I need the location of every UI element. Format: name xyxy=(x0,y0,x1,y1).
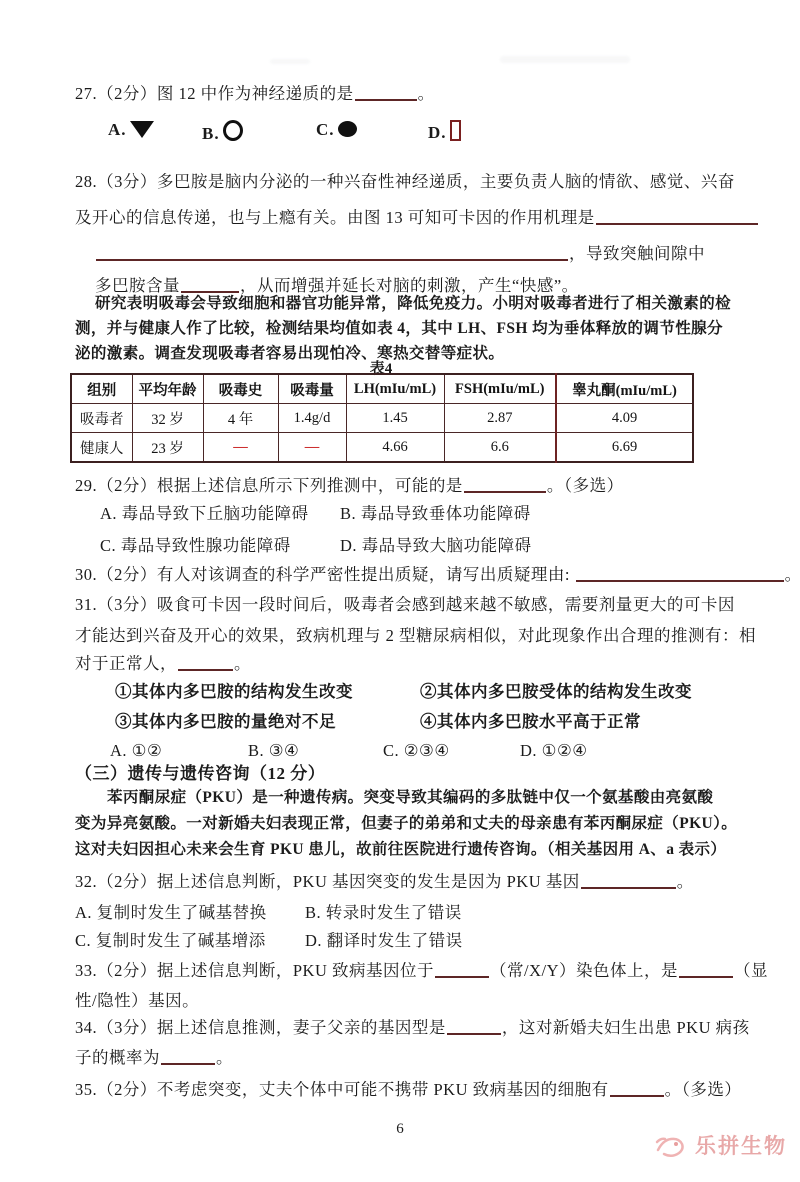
text-run: 27.（2分）图 12 中作为神经递质的是 xyxy=(75,84,354,103)
intro1-line1: 研究表明吸毒会导致细胞和器官功能异常，降低免疫力。小明对吸毒者进行了相关激素的检 xyxy=(95,294,731,314)
table-header-cell: 吸毒量 xyxy=(278,374,346,404)
question-31-line3: 对于正常人，。 xyxy=(75,654,251,674)
circle-filled-icon xyxy=(338,121,357,137)
circle-outline-icon xyxy=(223,120,243,141)
table-cell: 4.09 xyxy=(556,404,693,433)
option-a: A. xyxy=(108,120,154,140)
table4: 组别平均年龄吸毒史吸毒量LH(mIu/mL)FSH(mIu/mL)睾丸酮(mIu… xyxy=(70,373,694,463)
answer-blank xyxy=(96,254,568,261)
q29-option-b: B. 毒品导致垂体功能障碍 xyxy=(340,504,531,524)
table-cell: 6.6 xyxy=(444,433,556,463)
q32-option-a: A. 复制时发生了碱基替换 xyxy=(75,903,267,923)
text-run: 29.（2分）根据上述信息所示下列推测中，可能的是 xyxy=(75,476,463,495)
question-30: 30.（2分）有人对该调查的科学严密性提出质疑，请写出质疑理由: 。 xyxy=(75,565,800,585)
text-run: 。 xyxy=(216,1048,233,1067)
answer-blank xyxy=(576,575,784,582)
answer-blank xyxy=(355,94,417,101)
question-29: 29.（2分）根据上述信息所示下列推测中，可能的是。（多选） xyxy=(75,476,624,496)
q32-option-c: C. 复制时发生了碱基增添 xyxy=(75,931,266,951)
answer-blank xyxy=(581,882,676,889)
q31-answer-d: D. ①②④ xyxy=(520,741,588,761)
text-run: 及开心的信息传递，也与上瘾有关。由图 13 可知可卡因的作用机理是 xyxy=(75,208,595,227)
rect-outline-icon xyxy=(450,120,461,141)
table-cell: 1.45 xyxy=(346,404,444,433)
text-run: ，从而增强并延长对脑的刺激，产生“快感”。 xyxy=(240,276,579,295)
answer-blank xyxy=(596,218,758,225)
question-28-line3: ，导致突触间隙中 xyxy=(95,244,705,264)
q31-item-3: ③其体内多巴胺的量绝对不足 xyxy=(115,712,336,732)
table-header-cell: 睾丸酮(mIu/mL) xyxy=(556,374,693,404)
table-cell: 32 岁 xyxy=(132,404,203,433)
text-run: ，这对新婚夫妇生出患 PKU 病孩 xyxy=(502,1018,750,1037)
question-27: 27.（2分）图 12 中作为神经递质的是。 xyxy=(75,84,435,104)
table-cell: — xyxy=(203,433,278,463)
text-run: 。（多选） xyxy=(547,476,624,495)
answer-blank xyxy=(161,1058,215,1065)
scan-artifact xyxy=(500,56,630,63)
text-run: ，导致突触间隙中 xyxy=(569,244,705,263)
table-row: 吸毒者32 岁4 年1.4g/d1.452.874.09 xyxy=(71,404,693,433)
question-31-line1: 31.（3分）吸食可卡因一段时间后，吸毒者会感到越来越不敏感，需要剂量更大的可卡… xyxy=(75,595,735,615)
table-header-cell: 平均年龄 xyxy=(132,374,203,404)
answer-blank xyxy=(178,664,233,671)
option-b: B. xyxy=(202,120,243,144)
q29-option-d: D. 毒品导致大脑功能障碍 xyxy=(340,536,532,556)
table-header-cell: LH(mIu/mL) xyxy=(346,374,444,404)
triangle-down-icon xyxy=(130,121,154,138)
table-cell: 4.66 xyxy=(346,433,444,463)
answer-blank xyxy=(447,1028,501,1035)
q31-item-4: ④其体内多巴胺水平高于正常 xyxy=(420,712,641,732)
question-28-line2: 及开心的信息传递，也与上瘾有关。由图 13 可知可卡因的作用机理是 xyxy=(75,208,759,228)
question-35: 35.（2分）不考虑突变，丈夫个体中可能不携带 PKU 致病基因的细胞有。（多选… xyxy=(75,1080,741,1100)
text-run: 对于正常人， xyxy=(75,654,177,673)
text-run: 。（多选） xyxy=(665,1080,742,1099)
text-run: 子的概率为 xyxy=(75,1048,160,1067)
question-28-line4: 多巴胺含量，从而增强并延长对脑的刺激，产生“快感”。 xyxy=(95,276,579,296)
watermark-text: 乐拼生物 xyxy=(695,1130,787,1160)
option-c-label: C. xyxy=(316,120,335,139)
table-cell: 6.69 xyxy=(556,433,693,463)
text-run: （显 xyxy=(734,961,768,980)
q29-option-c: C. 毒品导致性腺功能障碍 xyxy=(100,536,291,556)
q31-item-2: ②其体内多巴胺受体的结构发生改变 xyxy=(420,682,692,702)
table-cell: 1.4g/d xyxy=(278,404,346,433)
exam-page: 27.（2分）图 12 中作为神经递质的是。 A. B. C. D. 28.（3… xyxy=(0,0,800,1182)
table-header-cell: FSH(mIu/mL) xyxy=(444,374,556,404)
q31-answer-a: A. ①② xyxy=(110,741,162,761)
table-header-cell: 组别 xyxy=(71,374,132,404)
intro2-line2: 变为异亮氨酸。一对新婚夫妇表现正常，但妻子的弟弟和丈夫的母亲患有苯丙酮尿症（PK… xyxy=(75,814,737,834)
table-row: 健康人23 岁——4.666.66.69 xyxy=(71,433,693,463)
intro2-line1: 苯丙酮尿症（PKU）是一种遗传病。突变导致其编码的多肽链中仅一个氨基酸由亮氨酸 xyxy=(107,788,713,808)
table-cell: 吸毒者 xyxy=(71,404,132,433)
watermark: 乐拼生物 xyxy=(655,1130,787,1160)
text-run: 多巴胺含量 xyxy=(95,276,180,295)
question-34-line2: 子的概率为。 xyxy=(75,1048,233,1068)
text-run: （常/X/Y）染色体上，是 xyxy=(490,961,678,980)
section-3-heading: （三）遗传与遗传咨询（12 分） xyxy=(75,764,325,784)
text-run: 34.（3分）据上述信息推测，妻子父亲的基因型是 xyxy=(75,1018,446,1037)
question-33-line2: 性/隐性）基因。 xyxy=(75,991,199,1011)
question-32: 32.（2分）据上述信息判断，PKU 基因突变的发生是因为 PKU 基因。 xyxy=(75,872,694,892)
question-33-line1: 33.（2分）据上述信息判断，PKU 致病基因位于（常/X/Y）染色体上，是（显 xyxy=(75,961,768,981)
table-cell: — xyxy=(278,433,346,463)
answer-blank xyxy=(464,486,546,493)
text-run: 。 xyxy=(418,84,435,103)
table-header-row: 组别平均年龄吸毒史吸毒量LH(mIu/mL)FSH(mIu/mL)睾丸酮(mIu… xyxy=(71,374,693,404)
table-cell: 23 岁 xyxy=(132,433,203,463)
lepin-logo-icon xyxy=(655,1130,689,1160)
text-run: 33.（2分）据上述信息判断，PKU 致病基因位于 xyxy=(75,961,434,980)
option-c: C. xyxy=(316,120,357,140)
q31-item-1: ①其体内多巴胺的结构发生改变 xyxy=(115,682,353,702)
text-run: 。 xyxy=(785,565,800,584)
q29-option-a: A. 毒品导致下丘脑功能障碍 xyxy=(100,504,309,524)
q31-answer-b: B. ③④ xyxy=(248,741,299,761)
text-run: 。 xyxy=(234,654,251,673)
text-run: 32.（2分）据上述信息判断，PKU 基因突变的发生是因为 PKU 基因 xyxy=(75,872,580,891)
table-cell: 健康人 xyxy=(71,433,132,463)
option-d: D. xyxy=(428,120,461,143)
option-a-label: A. xyxy=(108,120,127,139)
answer-blank xyxy=(679,971,733,978)
question-27-options: A. B. C. D. xyxy=(0,120,800,150)
table-cell: 4 年 xyxy=(203,404,278,433)
intro2-line3: 这对夫妇因担心未来会生育 PKU 患儿，故前往医院进行遗传咨询。（相关基因用 A… xyxy=(75,840,726,860)
question-28-line1: 28.（3分）多巴胺是脑内分泌的一种兴奋性神经递质，主要负责人脑的情欲、感觉、兴… xyxy=(75,172,735,192)
option-d-label: D. xyxy=(428,123,447,142)
table-cell: 2.87 xyxy=(444,404,556,433)
q32-option-d: D. 翻译时发生了错误 xyxy=(305,931,463,951)
text-run: 35.（2分）不考虑突变，丈夫个体中可能不携带 PKU 致病基因的细胞有 xyxy=(75,1080,609,1099)
q31-answer-c: C. ②③④ xyxy=(383,741,450,761)
text-run: 。 xyxy=(677,872,694,891)
question-34-line1: 34.（3分）据上述信息推测，妻子父亲的基因型是，这对新婚夫妇生出患 PKU 病… xyxy=(75,1018,750,1038)
table-header-cell: 吸毒史 xyxy=(203,374,278,404)
answer-blank xyxy=(181,286,239,293)
q32-option-b: B. 转录时发生了错误 xyxy=(305,903,462,923)
answer-blank xyxy=(610,1090,664,1097)
answer-blank xyxy=(435,971,489,978)
question-31-line2: 才能达到兴奋及开心的效果，致病机理与 2 型糖尿病相似，对此现象作出合理的推测有… xyxy=(75,626,756,646)
scan-artifact xyxy=(270,59,310,64)
option-b-label: B. xyxy=(202,124,220,143)
intro1-line2: 测，并与健康人作了比较，检测结果均值如表 4，其中 LH、FSH 均为垂体释放的… xyxy=(75,319,723,339)
text-run: 30.（2分）有人对该调查的科学严密性提出质疑，请写出质疑理由: xyxy=(75,565,575,584)
